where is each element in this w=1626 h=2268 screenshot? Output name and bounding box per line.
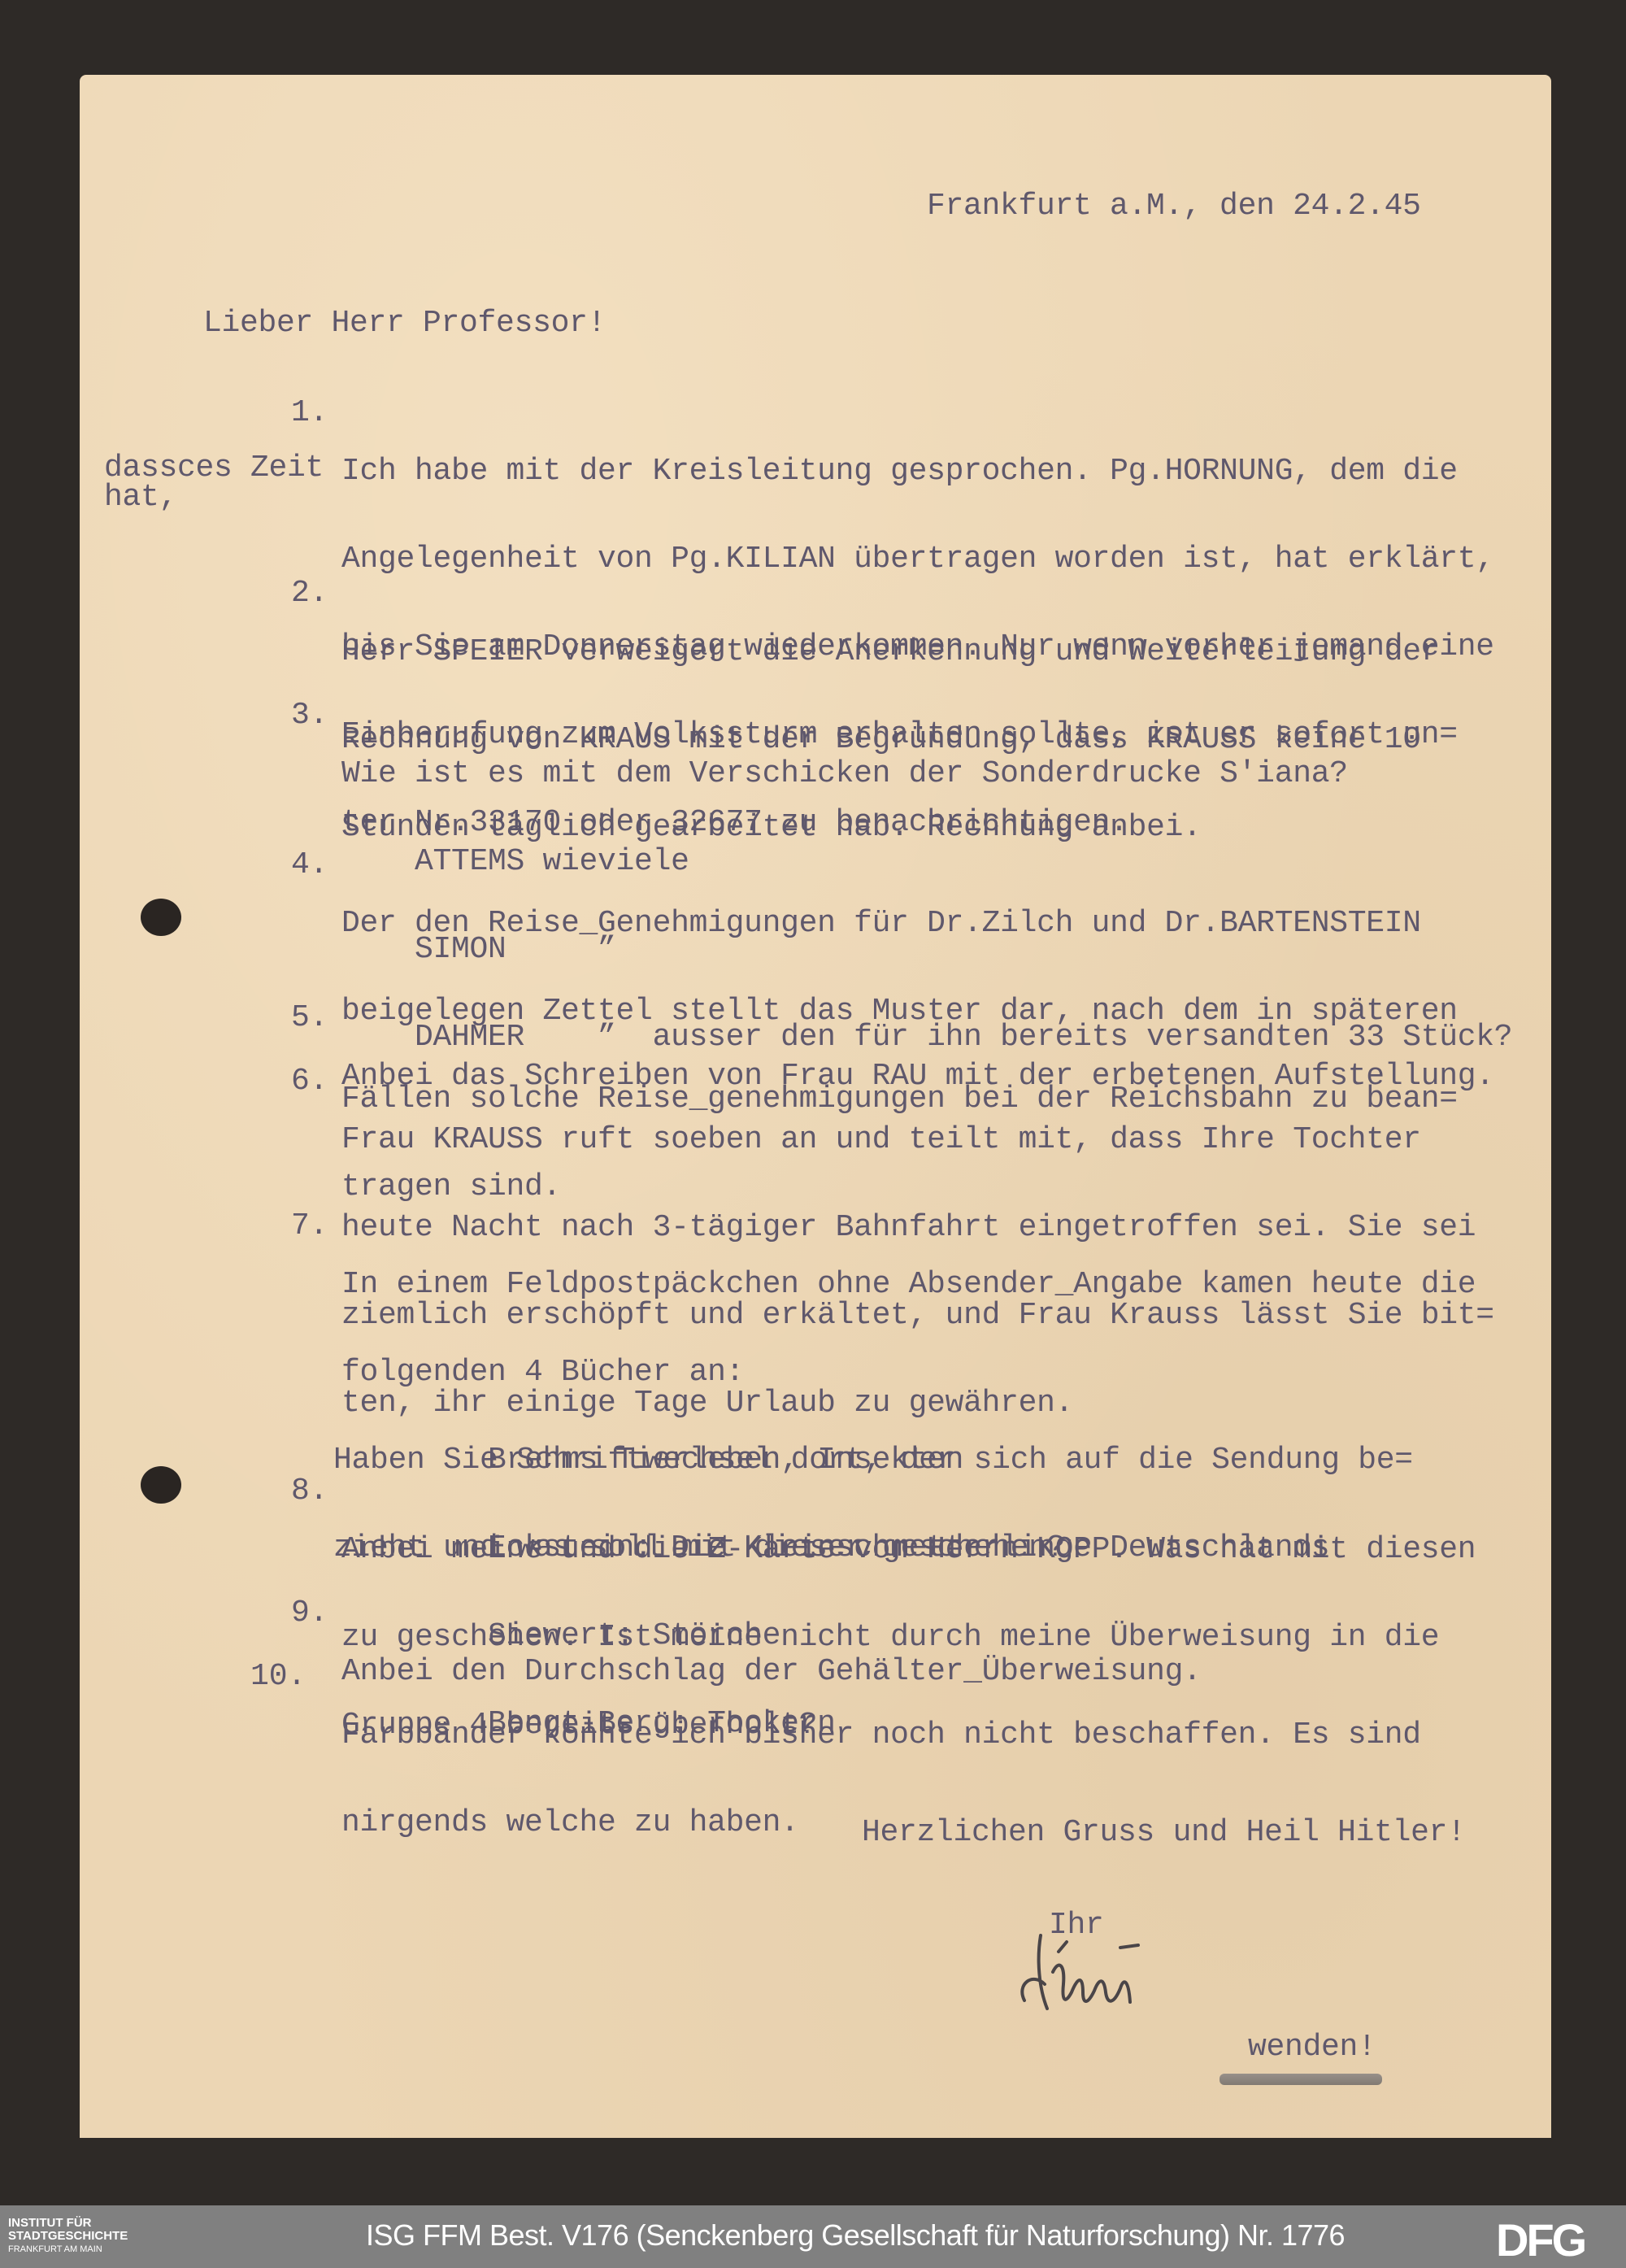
- text-line: Angelegenheit von Pg.KILIAN übertragen w…: [341, 545, 1494, 574]
- pencil-underline: [1219, 2074, 1382, 2085]
- text-line: Herr SPEIER verweigert die Anerkennung u…: [341, 638, 1439, 667]
- text-line: Frau KRAUSS ruft soeben an und teilt mit…: [341, 1125, 1494, 1155]
- item-number: 5.: [291, 1003, 328, 1033]
- margin-note-line: hat,: [104, 483, 177, 512]
- text-line: Anbei meine und die Z-Karte von Herrn KO…: [341, 1535, 1476, 1565]
- institution-line: FRANKFURT AM MAIN: [8, 2243, 128, 2256]
- handwritten-signature-icon: [1008, 1927, 1203, 2017]
- item-number: 4.: [291, 851, 328, 880]
- text-line: Farbbänder konnte ich bisher noch nicht …: [341, 1721, 1421, 1750]
- item-number: 3.: [291, 701, 328, 730]
- punch-hole: [141, 1466, 181, 1504]
- text-line: Ich habe mit der Kreisleitung gesprochen…: [341, 457, 1494, 486]
- item-number: 6.: [291, 1067, 328, 1096]
- item-number: 10.: [250, 1662, 306, 1691]
- text-line: In einem Feldpostpäckchen ohne Absender_…: [341, 1270, 1476, 1299]
- margin-note-line: dassces Zeit: [104, 454, 324, 483]
- archive-footer: INSTITUT FÜR STADTGESCHICHTE FRANKFURT A…: [0, 2205, 1626, 2268]
- text-line: folgenden 4 Bücher an:: [341, 1358, 1476, 1387]
- text-line: Haben Sie Schriftwechsel dort, der sich …: [333, 1446, 1413, 1475]
- item-number: 9.: [291, 1599, 328, 1628]
- institution-line: STADTGESCHICHTE: [8, 2230, 128, 2243]
- dfg-logo: DFG: [1496, 2214, 1585, 2266]
- item-number: 7.: [291, 1212, 328, 1241]
- place-date: Frankfurt a.M., den 24.2.45: [927, 192, 1421, 221]
- institution-line: INSTITUT FÜR: [8, 2217, 128, 2230]
- institution-logo: INSTITUT FÜR STADTGESCHICHTE FRANKFURT A…: [8, 2217, 128, 2256]
- text-line: Wie ist es mit dem Verschicken der Sonde…: [341, 760, 1512, 789]
- archive-caption: ISG FFM Best. V176 (Senckenberg Gesellsc…: [366, 2218, 1345, 2253]
- punch-hole: [141, 899, 181, 936]
- text-line: Der den Reise_Genehmigungen für Dr.Zilch…: [341, 909, 1458, 938]
- item-number: 8.: [291, 1477, 328, 1506]
- turn-over-note: wenden!: [1248, 2033, 1376, 2062]
- closing-greeting: Herzlichen Gruss und Heil Hitler!: [862, 1818, 1466, 1848]
- item-number: 1.: [291, 398, 328, 428]
- salutation: Lieber Herr Professor!: [203, 309, 606, 338]
- item-number: 2.: [291, 579, 328, 608]
